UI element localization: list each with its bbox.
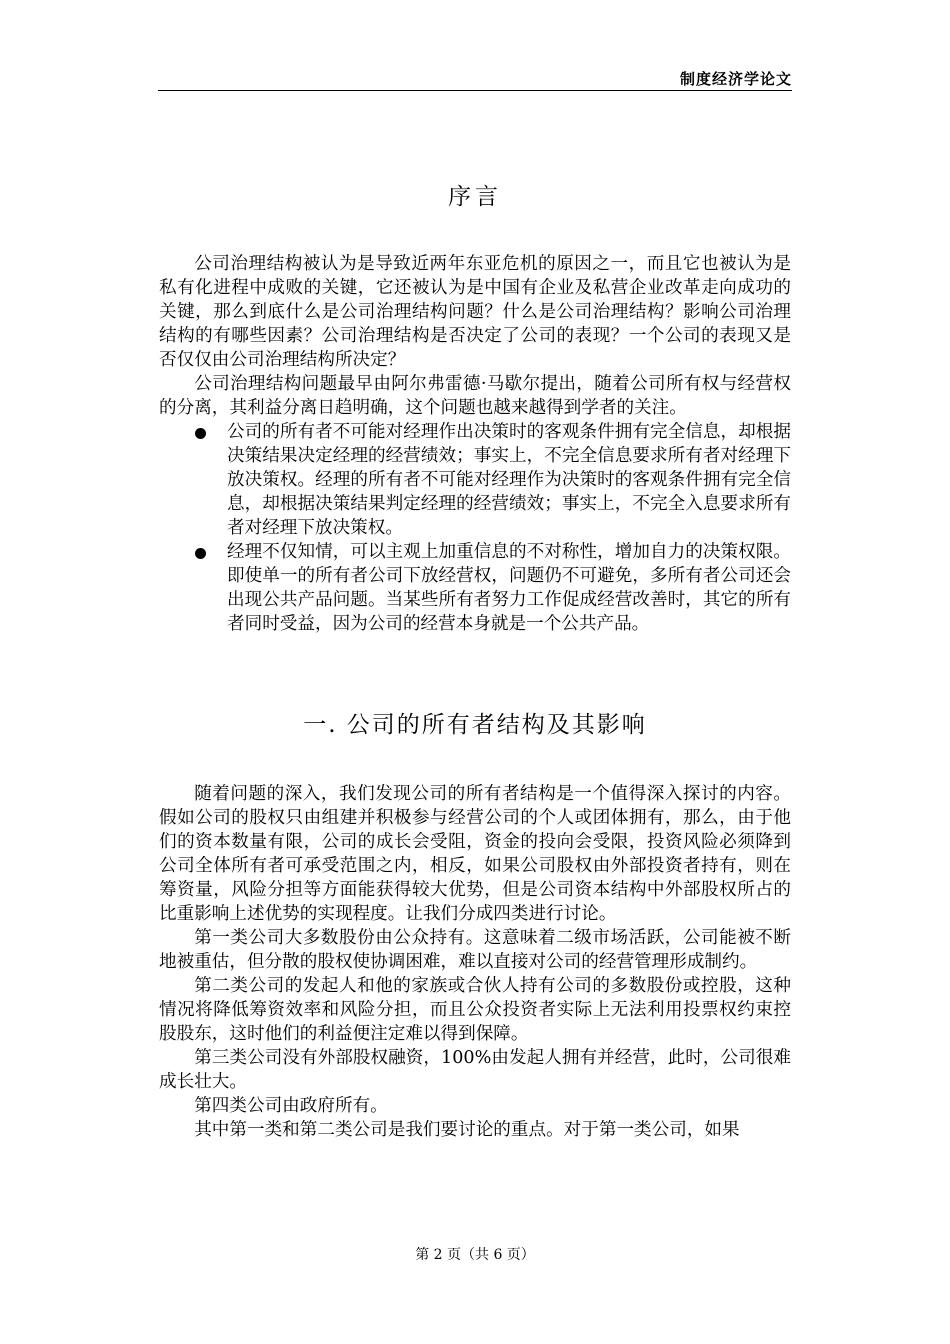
section-body: 随着问题的深入，我们发现公司的所有者结构是一个值得深入探讨的内容。假如公司的股权… bbox=[159, 782, 791, 1142]
bullet-text: 公司的所有者不可能对经理作出决策时的客观条件拥有完全信息，却根据决策结果决定经理… bbox=[227, 422, 791, 538]
page-footer: 第 2 页（共 6 页） bbox=[0, 1244, 950, 1264]
paragraph: 第三类公司没有外部股权融资，100%由发起人拥有并经营，此时，公司很难成长壮大。 bbox=[159, 1046, 791, 1094]
preface-body: 公司治理结构被认为是导致近两年东亚危机的原因之一，而且它也被认为是私有化进程中成… bbox=[159, 252, 791, 636]
bullet-list: 公司的所有者不可能对经理作出决策时的客观条件拥有完全信息，却根据决策结果决定经理… bbox=[159, 420, 791, 636]
paragraph: 第四类公司由政府所有。 bbox=[159, 1094, 791, 1118]
header-title: 制度经济学论文 bbox=[680, 68, 792, 89]
bullet-item: 公司的所有者不可能对经理作出决策时的客观条件拥有完全信息，却根据决策结果决定经理… bbox=[159, 420, 791, 540]
bullet-dot-icon bbox=[195, 428, 206, 439]
section-title: 一. 公司的所有者结构及其影响 bbox=[0, 706, 950, 739]
paragraph: 公司治理结构被认为是导致近两年东亚危机的原因之一，而且它也被认为是私有化进程中成… bbox=[159, 252, 791, 372]
bullet-dot-icon bbox=[195, 548, 206, 559]
paragraph: 公司治理结构问题最早由阿尔弗雷德·马歇尔提出，随着公司所有权与经营权的分离，其利… bbox=[159, 372, 791, 420]
bullet-text: 经理不仅知情，可以主观上加重信息的不对称性，增加自力的决策权限。即使单一的所有者… bbox=[227, 542, 791, 634]
paragraph: 第一类公司大多数股份由公众持有。这意味着二级市场活跃，公司能被不断地被重估，但分… bbox=[159, 926, 791, 974]
paragraph: 随着问题的深入，我们发现公司的所有者结构是一个值得深入探讨的内容。假如公司的股权… bbox=[159, 782, 791, 926]
paragraph: 第二类公司的发起人和他的家族或合伙人持有公司的多数股份或控股，这种情况将降低筹资… bbox=[159, 974, 791, 1046]
paragraph: 其中第一类和第二类公司是我们要讨论的重点。对于第一类公司，如果 bbox=[159, 1118, 791, 1142]
page-header: 制度经济学论文 bbox=[158, 68, 792, 91]
bullet-item: 经理不仅知情，可以主观上加重信息的不对称性，增加自力的决策权限。即使单一的所有者… bbox=[159, 540, 791, 636]
preface-title: 序言 bbox=[0, 178, 950, 211]
